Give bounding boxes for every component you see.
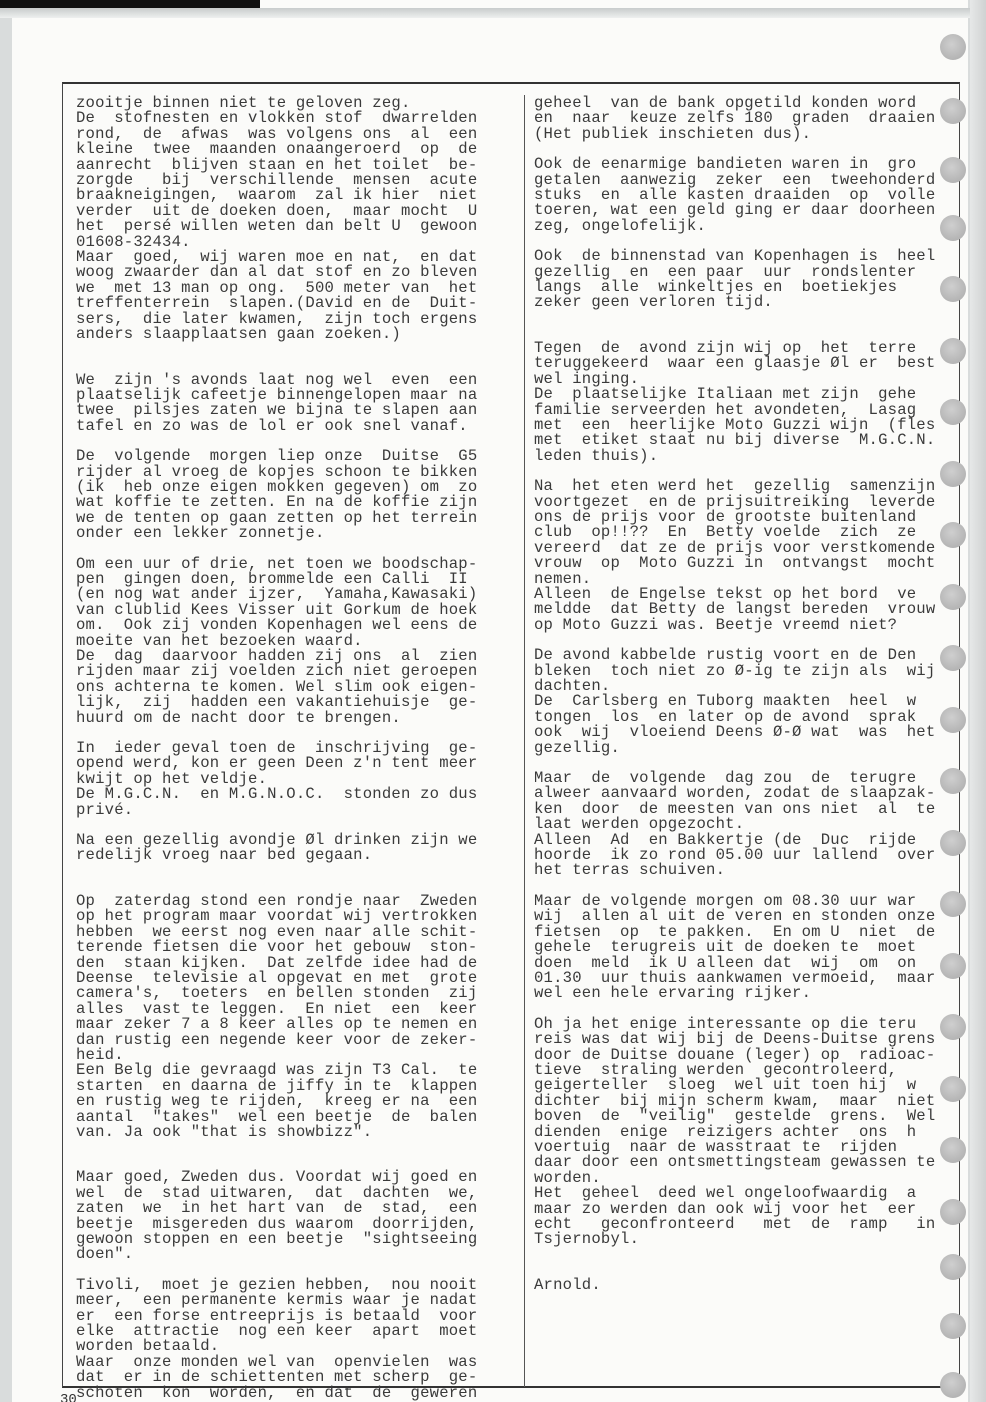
scan-shadow: [0, 8, 986, 18]
paragraph: Maar goed, Zweden dus. Voordat wij goed …: [76, 1170, 512, 1262]
binder-hole-icon: [940, 707, 966, 733]
column-divider: [524, 95, 525, 1387]
paragraph: zooitje binnen niet te geloven zeg. De s…: [76, 96, 512, 343]
binder-hole-icon: [940, 1137, 966, 1163]
paragraph: Tivoli, moet je gezien hebben, nou nooit…: [76, 1278, 512, 1401]
binder-hole-icon: [940, 1199, 966, 1225]
paragraph: Tegen de avond zijn wij op het terre ter…: [534, 341, 964, 464]
paragraph: Maar de volgende dag zou de terugre alwe…: [534, 771, 964, 879]
binder-hole-icon: [940, 215, 966, 241]
binder-hole-icon: [940, 891, 966, 917]
binder-hole-icon: [940, 1372, 966, 1398]
paragraph: De avond kabbelde rustig voort en de Den…: [534, 648, 964, 756]
binder-hole-icon: [940, 1014, 966, 1040]
binder-hole-icon: [940, 461, 966, 487]
binder-hole-icon: [940, 276, 966, 302]
binder-hole-icon: [940, 399, 966, 425]
binder-hole-icon: [940, 338, 966, 364]
paragraph: In ieder geval toen de inschrijving ge- …: [76, 741, 512, 818]
paragraph: Na een gezellig avondje Øl drinken zijn …: [76, 833, 512, 864]
binder-hole-icon: [940, 1076, 966, 1102]
left-column: zooitje binnen niet te geloven zeg. De s…: [76, 96, 512, 1401]
page-edge: [970, 0, 986, 1402]
binder-hole-icon: [940, 584, 966, 610]
paragraph: Ook de binnenstad van Kopenhagen is heel…: [534, 249, 964, 311]
binder-hole-icon: [940, 830, 966, 856]
binder-hole-icon: [940, 768, 966, 794]
scan-edge: [0, 0, 260, 8]
paragraph: Op zaterdag stond een rondje naar Zweden…: [76, 894, 512, 1141]
signature: Arnold.: [534, 1278, 964, 1293]
binder-hole-icon: [940, 645, 966, 671]
binder-hole-icon: [940, 1254, 966, 1280]
binder-hole-icon: [940, 1313, 966, 1339]
paragraph: Om een uur of drie, net toen we boodscha…: [76, 557, 512, 726]
binder-hole-icon: [940, 34, 966, 60]
paragraph: geheel van de bank opgetild konden word …: [534, 96, 964, 142]
right-column: geheel van de bank opgetild konden word …: [534, 96, 964, 1293]
paragraph: We zijn 's avonds laat nog wel even een …: [76, 373, 512, 435]
page-number: 30: [60, 1392, 77, 1402]
binder-hole-icon: [940, 522, 966, 548]
paragraph: Ook de eenarmige bandieten waren in gro …: [534, 157, 964, 234]
paragraph: Maar de volgende morgen om 08.30 uur war…: [534, 894, 964, 1002]
binder-hole-icon: [940, 953, 966, 979]
paragraph: Na het eten werd het gezellig samenzijn …: [534, 479, 964, 633]
paragraph: Oh ja het enige interessante op die teru…: [534, 1017, 964, 1248]
binder-hole-icon: [940, 157, 966, 183]
paragraph: De volgende morgen liep onze Duitse G5 r…: [76, 449, 512, 541]
binder-hole-icon: [940, 98, 966, 124]
